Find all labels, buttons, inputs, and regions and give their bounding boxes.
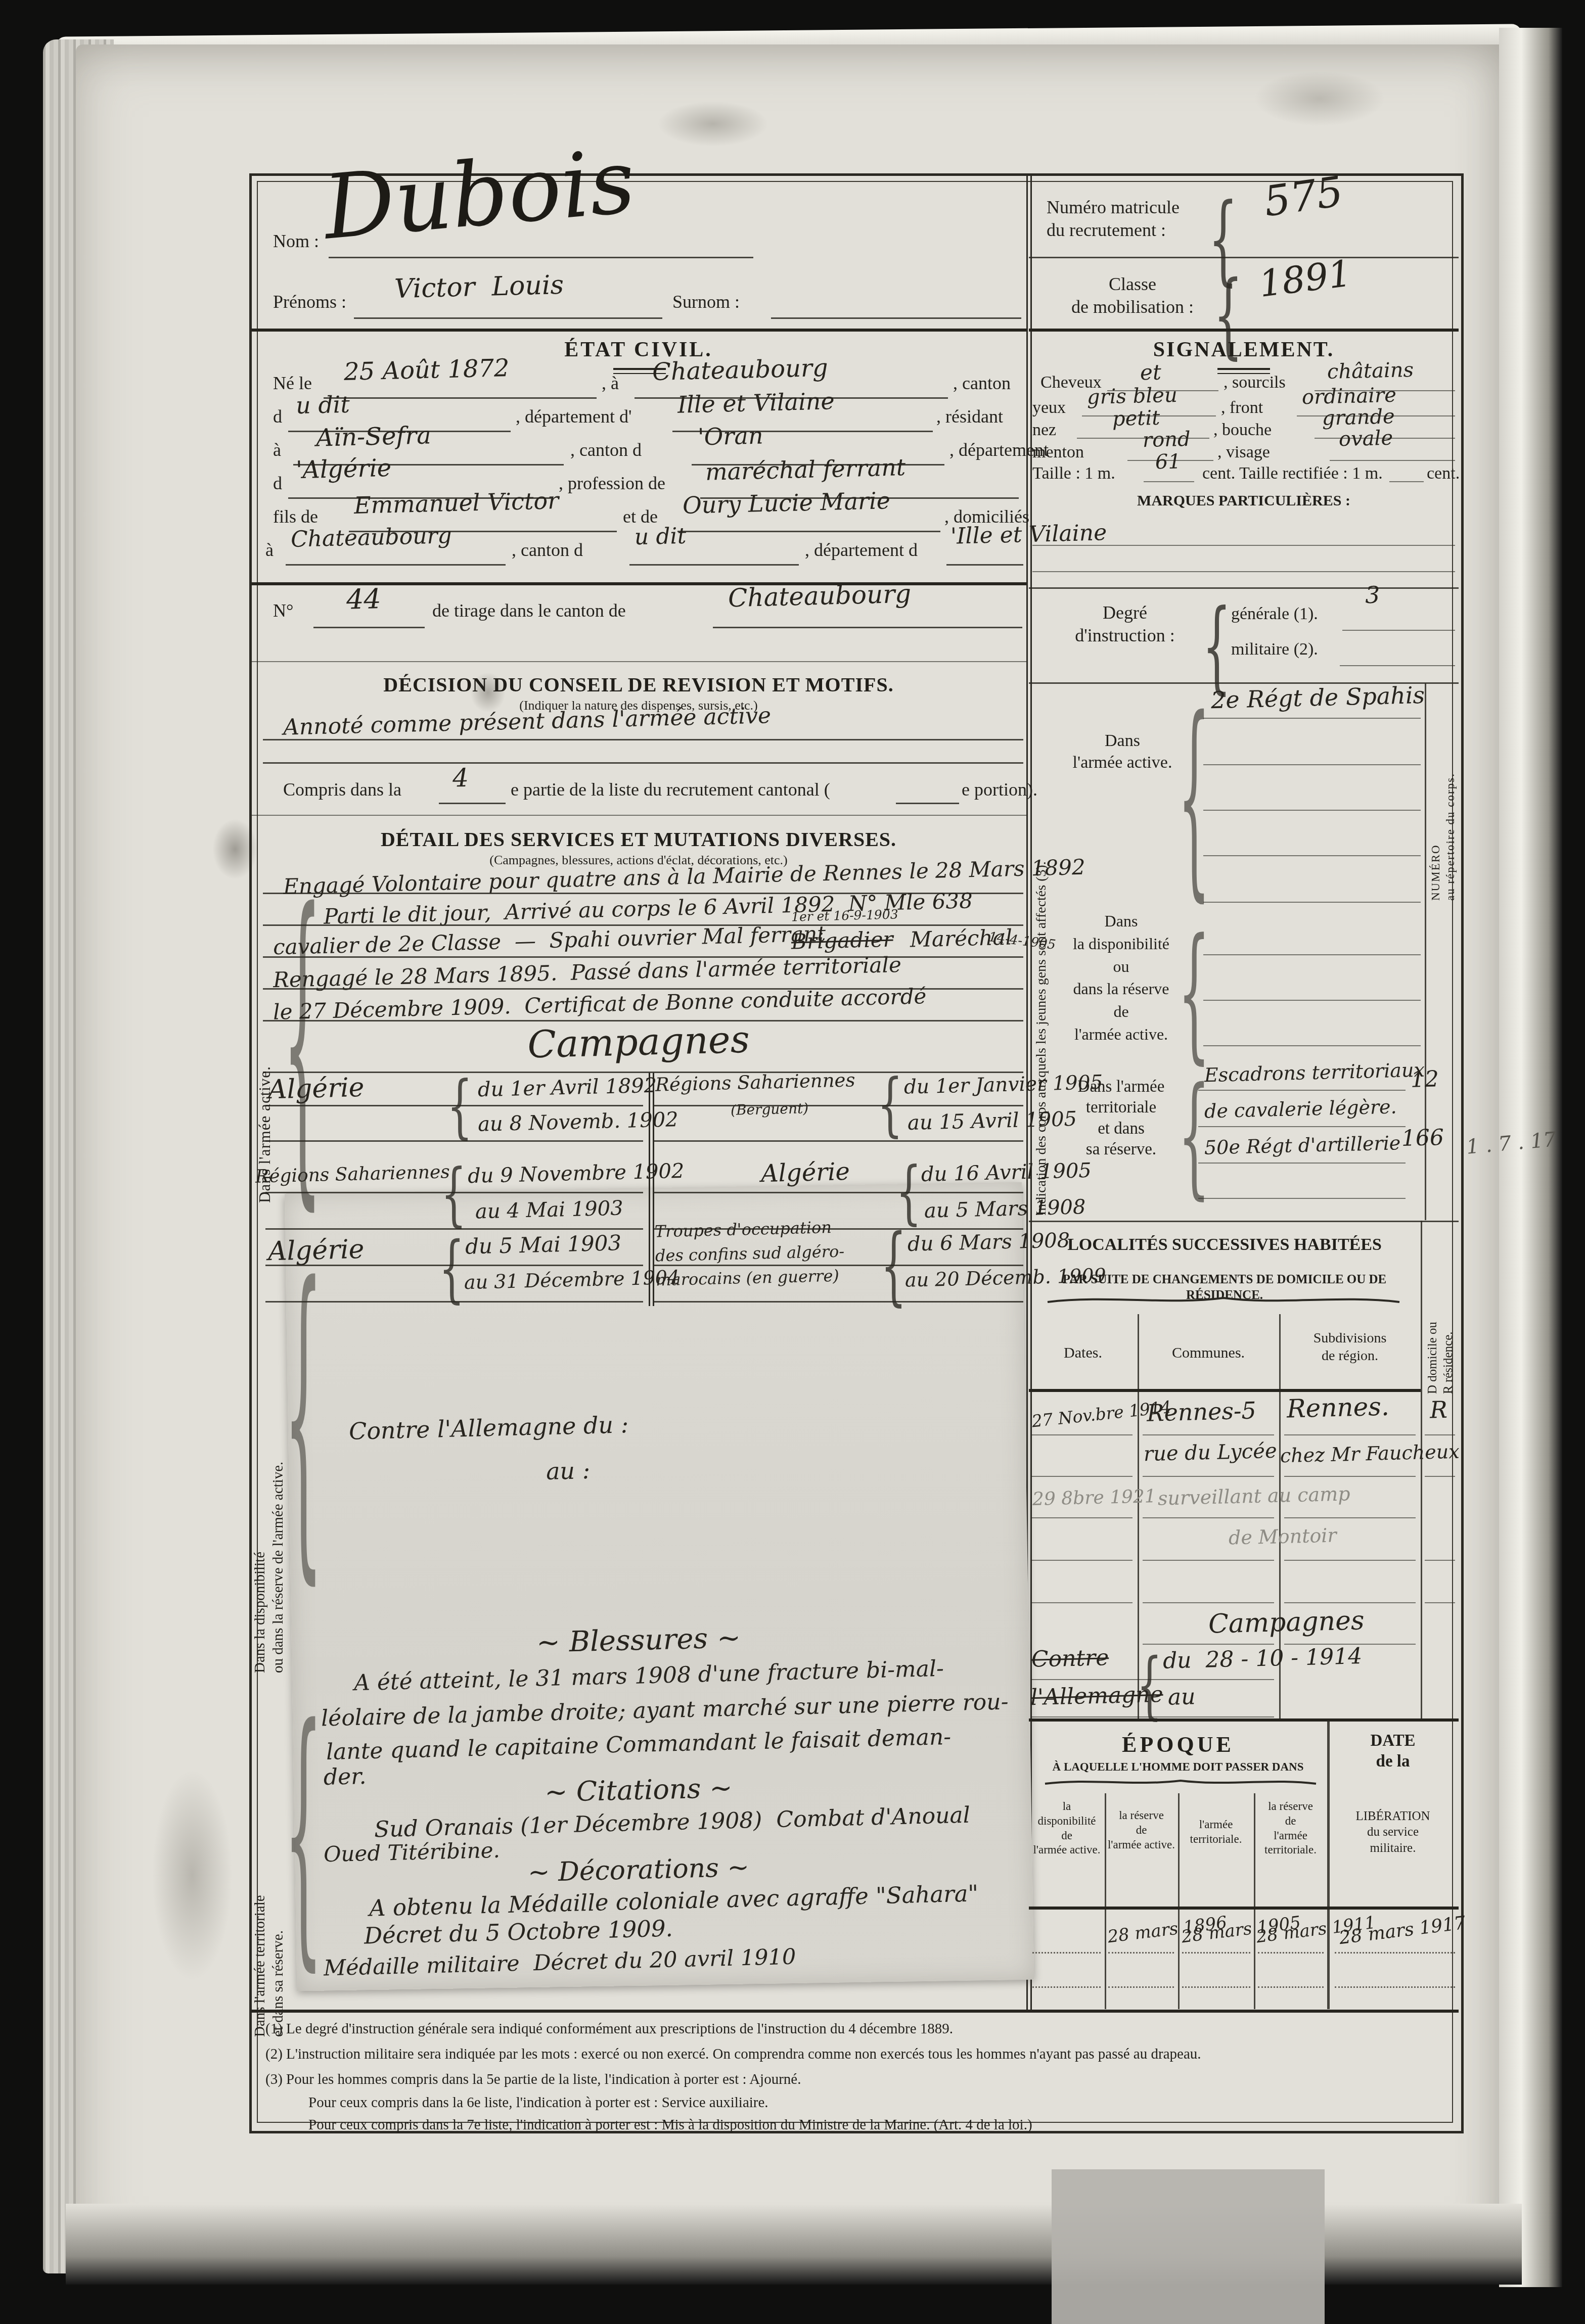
fill-line (1032, 545, 1455, 546)
fill-line (654, 1301, 1023, 1303)
flourish-rule (1044, 1777, 1317, 1787)
service-grade-struck: Brigadier (791, 928, 893, 954)
corps-dispo-label: Dans la disponibilité ou dans la réserve… (1062, 910, 1181, 1046)
fill-line (324, 397, 597, 399)
fill-line (713, 627, 1022, 628)
numero-tirage-value: 44 (346, 584, 381, 615)
fill-line (1143, 1560, 1274, 1561)
epoque-header-rule (1029, 1907, 1459, 1910)
dr-column-divider (1421, 1221, 1422, 1718)
campagne-au: au 5 Mars 1908 (924, 1196, 1086, 1222)
campagne-right-du: du 28 - 10 - 1914 (1162, 1644, 1362, 1674)
corps-numero-value: 12 (1410, 1067, 1439, 1092)
fill-line (1342, 630, 1455, 631)
departement-value: Ille et Vilaine (677, 388, 835, 417)
fill-line (1031, 1434, 1133, 1435)
fill-line (946, 564, 1023, 566)
father-name: Emmanuel Victor (353, 488, 559, 518)
bouche-value: grande (1322, 405, 1395, 429)
dotted-line (1032, 1952, 1101, 1954)
yeux-value: gris bleu (1086, 384, 1178, 408)
birth-date: 25 Août 1872 (343, 355, 510, 386)
fill-line (1031, 1476, 1133, 1477)
d-label: d (273, 472, 282, 495)
front-label: , front (1221, 397, 1263, 419)
fill-line (329, 257, 753, 258)
compris-label: Compris dans la (283, 778, 401, 801)
domicile-value: Chateaubourg (290, 524, 452, 552)
epoque-col-reserve-territoriale: la réserve de l'armée territoriale. (1256, 1799, 1325, 1857)
compris-label2: e partie de la liste du recrutement cant… (511, 778, 830, 801)
citations-line: Oued Titéribine. (323, 1839, 500, 1867)
services-title: DÉTAIL DES SERVICES ET MUTATIONS DIVERSE… (310, 827, 967, 852)
canton-value: 'Oran (697, 423, 763, 450)
classe-label: Classe de mobilisation : (1057, 273, 1208, 318)
campagne-place: Algérie (760, 1158, 850, 1187)
footnote-1: (1) Le degré d'instruction générale sera… (265, 2020, 1443, 2038)
epoque-divider (1178, 1793, 1180, 2009)
footnote-rule (251, 2010, 1459, 2013)
localite-dr: R (1429, 1397, 1447, 1423)
brace: { (447, 1073, 473, 1141)
brace: { (1178, 920, 1210, 1066)
fill-line (1425, 1602, 1455, 1603)
dr-column-vertical: D domicile ou R résidence. (1425, 1227, 1457, 1394)
sourcils-label: , sourcils (1224, 372, 1286, 394)
fill-line (654, 1105, 1023, 1106)
surnom-label: Surnom : (672, 291, 740, 313)
fill-line (1284, 1560, 1416, 1561)
fill-line (1203, 902, 1421, 903)
campagne-place-sub: (Berguent) (731, 1101, 809, 1119)
campagne-place: Troupes d'occupation des confins sud alg… (654, 1215, 845, 1292)
campagne-du: du 9 Novembre 1902 (468, 1160, 685, 1187)
fill-line (1031, 1560, 1133, 1561)
fill-line (1144, 481, 1194, 482)
marques-title: MARQUES PARTICULIÈRES : (1117, 491, 1370, 510)
nez-label: nez (1032, 420, 1056, 441)
dotted-line (1182, 1986, 1250, 1988)
corps-indication-vertical: Indication des corps auxquels les jeunes… (1032, 690, 1050, 1216)
canton-label: , canton d (512, 539, 583, 562)
fill-line (1425, 1434, 1455, 1435)
dotted-line (1108, 1952, 1174, 1954)
tirage-canton-label: de tirage dans le canton de (432, 599, 626, 622)
localite-date-pencil: 29 8bre 1921 (1032, 1486, 1157, 1510)
fill-line (263, 956, 1023, 958)
departement-value: 'Algérie (295, 455, 391, 484)
cheveux-value: et (1140, 360, 1161, 384)
fill-line (1143, 1602, 1274, 1603)
blessures-line: der. (323, 1764, 367, 1790)
dotted-line (1335, 1952, 1455, 1954)
taille-label: Taille : 1 m. (1032, 463, 1115, 485)
margin-label-territoriale: Dans l'armée territoriale et dans sa rés… (251, 1683, 288, 2037)
fill-line (1284, 1434, 1416, 1435)
brace: { (1178, 691, 1210, 904)
fill-line (1203, 855, 1421, 856)
fill-line (265, 1105, 643, 1106)
band-rule (1029, 329, 1459, 332)
section-rule (251, 815, 1026, 816)
corps-numero-value: 166 (1401, 1126, 1444, 1151)
menton-label: menton (1032, 442, 1084, 463)
decision-title: DÉCISION DU CONSEIL DE REVISION ET MOTIF… (310, 672, 967, 698)
matricule-label: Numéro matricule du recrutement : (1047, 196, 1180, 242)
fill-line (771, 317, 1021, 319)
campagnes-right-heading: Campagnes (1208, 1606, 1365, 1639)
residant-label: , résidant (936, 405, 1003, 428)
corps-active-value: 2e Régt de Spahis (1210, 682, 1425, 713)
fill-line (1143, 1517, 1274, 1518)
header-rule (1029, 1389, 1421, 1392)
date-column-divider (1327, 1720, 1330, 2009)
fill-line (1284, 1476, 1416, 1477)
fill-line (1425, 1476, 1455, 1477)
localite-subdivision-addr: chez Mr Faucheux (1280, 1442, 1460, 1467)
campagne-du: du 1er Avril 1892 (478, 1075, 657, 1101)
degre-generale-label: générale (1). (1231, 603, 1318, 625)
campagne-au: au 15 Avril 1905 (908, 1108, 1077, 1134)
taille-rectifiee-label: cent. Taille rectifiée : 1 m. (1202, 463, 1383, 485)
profession-label: , profession de (559, 472, 665, 495)
footnote-3: (3) Pour les hommes compris dans la 5e p… (265, 2070, 1443, 2088)
canton-label: , canton (953, 372, 1011, 395)
fill-line (286, 564, 506, 566)
compris-label3: e portion). (962, 778, 1037, 801)
epoque-col-liberation: LIBÉRATION du service militaire. (1335, 1808, 1451, 1856)
fill-line (1284, 1602, 1416, 1603)
footnote-2: (2) L'instruction militaire sera indiqué… (265, 2045, 1443, 2063)
fill-line (1203, 1000, 1421, 1001)
fill-line (896, 803, 959, 804)
col-communes-header: Communes. (1163, 1343, 1254, 1363)
campagne-du: du 5 Mai 1903 (465, 1231, 621, 1259)
epoque-col-reserve-active: la réserve de l'armée active. (1107, 1808, 1175, 1852)
fill-line (1198, 1090, 1406, 1091)
fill-line (1198, 1198, 1406, 1199)
col-subdivisions-header: Subdivisions de région. (1304, 1329, 1395, 1365)
contre-allemagne-au: au : (546, 1458, 590, 1484)
campagne-du: du 16 Avril 1905 (921, 1159, 1092, 1186)
fill-line (313, 627, 425, 628)
fill-line (1031, 1679, 1274, 1680)
dotted-line (1032, 1986, 1101, 1988)
epoque-title: ÉPOQUE (1077, 1731, 1279, 1758)
flourish-rule (1047, 1294, 1400, 1306)
degre-generale-value: 3 (1365, 582, 1380, 608)
fill-line (439, 803, 506, 804)
fill-line (1389, 481, 1424, 482)
fill-line (654, 1140, 1023, 1142)
tirage-canton-value: Chateaubourg (728, 580, 911, 613)
footnote-5: Pour ceux compris dans la 7e liste, l'in… (308, 2116, 1446, 2134)
fill-line (1203, 764, 1421, 765)
dotted-line (1335, 1986, 1455, 1988)
cent-label: cent. (1427, 463, 1460, 485)
campagne-au: au 8 Novemb. 1902 (478, 1108, 679, 1136)
fill-line (1203, 718, 1421, 719)
sourcils-value: châtains (1327, 359, 1414, 383)
departement-label: , département d' (516, 405, 631, 428)
fill-line (1203, 954, 1421, 955)
corps-active-label: Dans l'armée active. (1069, 730, 1175, 773)
menton-value: rond (1142, 428, 1191, 451)
canton-label: , canton d (570, 439, 642, 461)
campagnes-heading: Campagnes (486, 1018, 791, 1067)
nom-label: Nom : (273, 230, 319, 253)
footnote-4: Pour ceux compris dans la 6e liste, l'in… (308, 2094, 1446, 2112)
localite-commune-addr: rue du Lycée (1144, 1440, 1278, 1465)
band-rule (251, 329, 1026, 332)
localite-commune: Rennes-5 (1146, 1398, 1256, 1426)
degre-militaire-label: militaire (2). (1231, 639, 1318, 661)
date-liberation-title: DATE de la (1342, 1731, 1443, 1773)
localites-title: LOCALITÉS SUCCESSIVES HABITÉES (1037, 1234, 1412, 1256)
nez-value: petit (1112, 407, 1160, 430)
fils-de-label: fils de (273, 505, 318, 528)
signalement-title: SIGNALEMENT. (1092, 337, 1395, 363)
epoque-col-territoriale: l'armée territoriale. (1181, 1818, 1251, 1847)
margin-label-armee-active: Dans l'armée active. (255, 859, 275, 1203)
fill-line (354, 317, 662, 319)
fill-line (1143, 1476, 1274, 1477)
margin-brace: { (284, 1248, 323, 1588)
visage-value: ovale (1338, 427, 1393, 451)
epoque-divider (1105, 1793, 1106, 2009)
dotted-line (1258, 1986, 1324, 1988)
fill-line (654, 1192, 1023, 1193)
campagne-au: au 4 Mai 1903 (475, 1197, 624, 1223)
fill-line (1143, 1644, 1274, 1645)
a-label: , à (602, 372, 619, 395)
corps-territoriale-label: Dans l'armée territoriale et dans sa rés… (1064, 1077, 1178, 1160)
a-label: à (265, 539, 274, 562)
book-fore-edge (1499, 28, 1562, 2287)
residence-value: Aïn-Sefra (315, 422, 431, 451)
compris-value: 4 (452, 764, 469, 793)
section-rule (1029, 1221, 1459, 1222)
taille-value: 61 (1155, 450, 1181, 473)
fill-line (1198, 1163, 1406, 1164)
prenoms-label: Prénoms : (273, 291, 346, 313)
localite-note-pencil: de Montoir (1229, 1525, 1337, 1549)
fill-line (1330, 460, 1455, 461)
bouche-label: , bouche (1213, 420, 1272, 441)
dotted-line (1258, 1952, 1324, 1954)
register-scan-photo: Dubois Nom : Prénoms : Victor Louis Surn… (0, 0, 1585, 2324)
epoque-subtitle: À LAQUELLE L'HOMME DOIT PASSER DANS (1039, 1760, 1317, 1775)
fill-line (1143, 1434, 1274, 1435)
prenoms-value: Victor Louis (394, 271, 564, 304)
numero-repertoire-vertical: NUMÉRO au répertoire du corps. (1429, 688, 1458, 901)
contre-struck: Contre (1031, 1646, 1109, 1672)
fill-line (677, 531, 940, 532)
fill-line (1203, 1045, 1421, 1046)
dotted-line (1182, 1952, 1250, 1954)
fill-line (265, 1192, 643, 1193)
visage-label: , visage (1217, 442, 1270, 463)
fill-line (263, 762, 1023, 764)
fill-line (1029, 257, 1459, 258)
canton-value: u dit (295, 392, 350, 419)
fill-line (263, 1072, 1023, 1073)
profession-value: maréchal ferrant (705, 454, 905, 485)
yeux-label: yeux (1032, 397, 1066, 419)
service-interline-note: 1er et 16-9-1903 (791, 907, 898, 924)
fill-line (1031, 1517, 1133, 1518)
a-label: à (273, 439, 281, 461)
fill-line (1031, 1602, 1133, 1603)
fill-line (1203, 810, 1421, 811)
dotted-line (1108, 1986, 1174, 1988)
fill-line (629, 564, 799, 566)
scan-tab-artifact (1052, 2169, 1325, 2324)
fill-line (1425, 1560, 1455, 1561)
fill-line (265, 1140, 643, 1142)
epoque-col-disponibilite: la disponibilité de l'armée active. (1031, 1799, 1102, 1857)
degre-instruction-label: Degré d'instruction : (1054, 601, 1196, 647)
margin-label-disponibilite: Dans la disponibilité ou dans la réserve… (251, 1228, 288, 1673)
epoque-top-rule (1029, 1718, 1459, 1722)
section-rule (1029, 587, 1459, 589)
brace: { (439, 1232, 465, 1305)
d-label: d (273, 405, 282, 428)
fill-line (1032, 571, 1455, 572)
fill-line (1284, 1517, 1416, 1518)
margin-brace: { (283, 874, 322, 1214)
localite-subdivision: Rennes. (1286, 1393, 1389, 1423)
section-rule (251, 661, 1026, 662)
fill-line (654, 1265, 1023, 1266)
margin-brace: { (284, 1696, 323, 1975)
birth-place: Chateaubourg (652, 355, 828, 386)
fill-line (1340, 665, 1455, 666)
epoque-divider (1254, 1793, 1255, 2009)
fill-line (263, 739, 1023, 740)
canton-value: u dit (634, 524, 686, 550)
matricule-value: 575 (1261, 169, 1346, 225)
departement-label: , département d (805, 539, 918, 562)
brace: { (1137, 1649, 1162, 1722)
fill-line (1198, 1126, 1406, 1127)
col-dates-header: Dates. (1037, 1343, 1128, 1363)
numero-tirage-label: N° (273, 599, 293, 622)
brace: { (441, 1160, 467, 1229)
campagne-right-au: au (1167, 1685, 1196, 1710)
mother-name: Oury Lucie Marie (682, 488, 890, 519)
fill-line (1031, 1716, 1274, 1717)
